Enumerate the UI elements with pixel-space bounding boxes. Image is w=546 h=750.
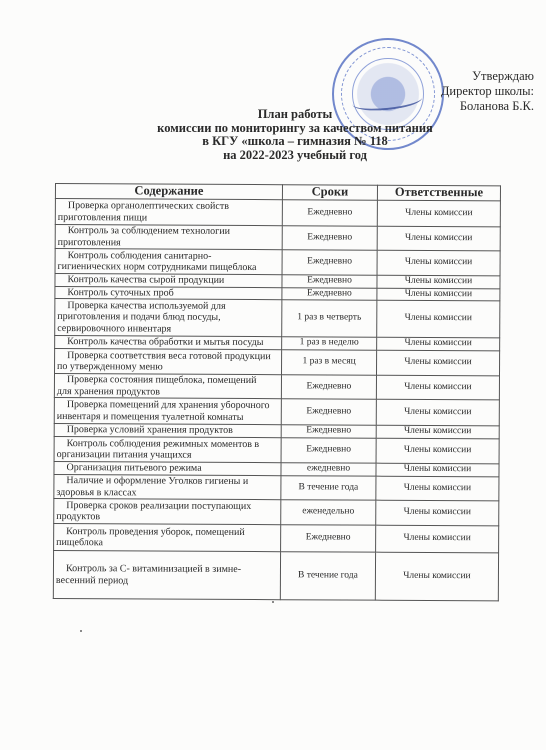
scan-speck — [80, 630, 82, 632]
title-line-1: План работы — [120, 108, 470, 122]
content-line: Проверка состояния пищеблока, помещений — [57, 374, 279, 387]
row-responsible: Члены комиссии — [376, 350, 499, 376]
title-line-4: на 2022-2023 учебный год — [120, 149, 470, 163]
content-line: по утвержденному меню — [57, 361, 279, 374]
table-row: Проверка качества используемой дляпригот… — [55, 299, 500, 338]
row-content: Проверка соответствия веса готовой проду… — [55, 349, 282, 375]
content-line: Проверка условий хранения продуктов — [57, 424, 279, 437]
work-plan-table: Содержание Сроки Ответственные Проверка … — [53, 183, 501, 601]
row-content: Проверка сроков реализации поступающихпр… — [54, 498, 281, 524]
row-responsible: Члены комиссии — [377, 300, 500, 338]
table-row: Контроль соблюдения режимных моментов во… — [54, 436, 499, 463]
content-line: Контроль качества сырой продукции — [57, 274, 279, 287]
row-term: 1 раз в неделю — [282, 337, 377, 350]
header-terms: Сроки — [282, 185, 377, 200]
row-term: Ежедневно — [282, 250, 377, 275]
row-term: еженедельно — [281, 500, 376, 525]
row-responsible: Члены комиссии — [376, 399, 499, 426]
row-responsible: Члены комиссии — [375, 552, 498, 601]
content-line: Контроль за соблюдением технологии — [58, 225, 280, 238]
row-term: Ежедневно — [281, 525, 376, 552]
approval-position: Директор школы: — [430, 84, 534, 99]
row-content: Контроль проведения уборок, помещенийпищ… — [54, 523, 281, 551]
row-term: Ежедневно — [282, 200, 377, 226]
row-content: Проверка состояния пищеблока, помещенийд… — [54, 374, 281, 399]
row-content: Контроль суточных проб — [55, 286, 282, 300]
row-content: Организация питьевого режима — [54, 461, 281, 475]
content-line: приготовления пищи — [58, 212, 280, 225]
row-responsible: Члены комиссии — [377, 226, 500, 251]
row-content: Контроль качества сырой продукции — [55, 274, 282, 288]
content-line: Контроль за С- витаминизацией в зимне- — [56, 563, 278, 576]
table-body: Проверка органолептических свойствпригот… — [53, 199, 500, 601]
row-content: Проверка органолептических свойствпригот… — [55, 199, 282, 226]
header-content: Содержание — [55, 184, 282, 200]
table-row: Проверка помещений для хранения уборочно… — [54, 397, 499, 425]
table-row: Наличие и оформление Уголков гигиены изд… — [54, 474, 499, 500]
document-title: План работы комиссии по мониторингу за к… — [120, 108, 470, 162]
row-content: Контроль соблюдения санитарно-гигиеничес… — [55, 249, 282, 275]
row-term: Ежедневно — [281, 425, 376, 438]
row-content: Контроль соблюдения режимных моментов во… — [54, 436, 281, 462]
row-term: Ежедневно — [281, 438, 376, 463]
title-line-3: в КГУ «школа – гимназия № 118 — [120, 135, 470, 149]
row-term: 1 раз в четверть — [282, 300, 377, 337]
row-content: Контроль качества обработки и мытья посу… — [55, 336, 282, 350]
row-responsible: Члены комиссии — [376, 375, 499, 400]
row-responsible: Члены комиссии — [377, 337, 500, 351]
row-responsible: Члены комиссии — [377, 200, 500, 227]
row-content: Проверка качества используемой дляпригот… — [55, 299, 282, 337]
content-line: Контроль качества обработки и мытья посу… — [57, 336, 279, 349]
table-row: Контроль проведения уборок, помещенийпищ… — [54, 523, 499, 552]
title-line-2: комиссии по мониторингу за качеством пит… — [120, 122, 470, 136]
row-responsible: Члены комиссии — [377, 288, 500, 301]
row-term: Ежедневно — [281, 375, 376, 399]
row-responsible: Члены комиссии — [376, 525, 499, 553]
row-term: 1 раз в месяц — [281, 350, 376, 375]
row-responsible: Члены комиссии — [376, 463, 499, 477]
content-line: пищеблока — [56, 537, 278, 550]
row-term: В течение года — [281, 476, 376, 500]
content-line: инвентаря и помещения туалетной комнаты — [57, 411, 279, 424]
row-responsible: Члены комиссии — [376, 438, 499, 464]
header-responsible: Ответственные — [377, 185, 500, 201]
row-content: Наличие и оформление Уголков гигиены изд… — [54, 474, 281, 499]
row-responsible: Члены комиссии — [376, 500, 499, 526]
content-line: Контроль суточных проб — [57, 287, 279, 300]
content-line: гигиенических норм сотрудниками пищеблок… — [58, 261, 280, 274]
row-term: В течение года — [280, 552, 375, 600]
table-row: Проверка соответствия веса готовой проду… — [55, 349, 500, 376]
row-responsible: Члены комиссии — [376, 425, 499, 439]
content-line: для хранения продуктов — [57, 386, 279, 399]
table-row: Проверка сроков реализации поступающихпр… — [54, 498, 499, 525]
row-term: ежедневно — [281, 463, 376, 476]
content-line: приготовления — [58, 237, 280, 250]
content-line: приготовления и подачи блюд посуды, — [57, 311, 279, 324]
approval-line: Утверждаю — [430, 69, 534, 84]
content-line: организации питания учащихся — [57, 449, 279, 462]
content-line: Наличие и оформление Уголков гигиены и — [56, 475, 278, 488]
content-line: Проверка помещений для хранения уборочно… — [57, 399, 279, 412]
content-line: продуктов — [56, 511, 278, 524]
row-responsible: Члены комиссии — [376, 476, 499, 501]
row-term: Ежедневно — [282, 287, 377, 300]
content-line: сервировочного инвентаря — [57, 323, 279, 336]
table-row: Проверка состояния пищеблока, помещенийд… — [54, 374, 499, 400]
table-row: Проверка органолептических свойствпригот… — [55, 199, 500, 227]
content-line: здоровья в классах — [56, 487, 278, 500]
content-line: Проверка органолептических свойств — [58, 200, 280, 213]
row-term: Ежедневно — [282, 226, 377, 250]
scanned-document-page: Утверждаю Директор школы: Боланова Б.К. … — [0, 0, 546, 750]
table-row: Контроль за С- витаминизацией в зимне-ве… — [53, 550, 498, 600]
scan-speck — [272, 601, 274, 603]
content-line: Организация питьевого режима — [56, 462, 278, 475]
content-line: весенний период — [56, 575, 278, 588]
row-responsible: Члены комиссии — [377, 275, 500, 288]
row-responsible: Члены комиссии — [377, 250, 500, 276]
row-content: Контроль за соблюдением технологиипригот… — [55, 225, 282, 250]
table-row: Контроль соблюдения санитарно-гигиеничес… — [55, 249, 500, 276]
row-content: Проверка помещений для хранения уборочно… — [54, 397, 281, 424]
row-content: Контроль за С- витаминизацией в зимне-ве… — [53, 550, 280, 599]
row-term: Ежедневно — [281, 399, 376, 425]
table-row: Контроль за соблюдением технологиипригот… — [55, 225, 500, 251]
row-term: Ежедневно — [282, 275, 377, 288]
row-content: Проверка условий хранения продуктов — [54, 423, 281, 437]
